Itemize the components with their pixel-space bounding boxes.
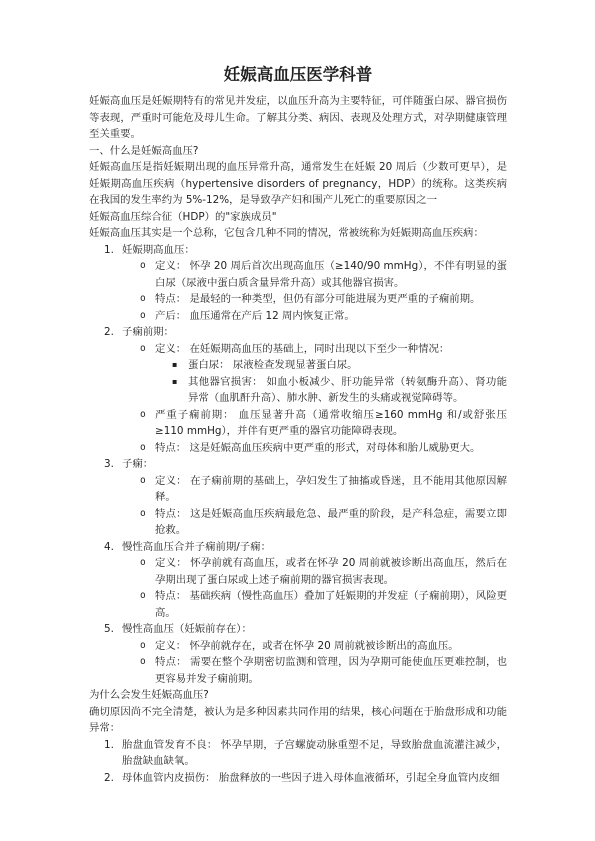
sub-bullet: o [140, 638, 155, 655]
document-title: 妊娠高血压医学科普 [89, 64, 507, 86]
list-item-text: 胎盘血管发育不良： 怀孕早期，子宫螺旋动脉重塑不足，导致胎盘血流灌注减少，胎盘缺… [122, 737, 507, 770]
paragraph: 妊娠高血压综合征（HDP）的"家族成员" [89, 209, 507, 226]
sub-item-text: 产后： 血压通常在产后 12 周内恢复正常。 [155, 308, 507, 325]
sub-item-text: 定义： 怀孕前就存在，或者在怀孕 20 周前就被诊断出的高血压。 [155, 638, 507, 655]
paragraph: 确切原因尚不完全清楚，被认为是多种因素共同作用的结果，核心问题在于胎盘形成和功能… [89, 704, 507, 737]
sub-sub-list-item: ▪ 蛋白尿： 尿液检查发现显著蛋白尿。 [89, 357, 507, 374]
list-item: 3. 子痫： [89, 456, 507, 473]
list-item-text: 慢性高血压合并子痫前期/子痫： [122, 539, 507, 556]
list-item: 2. 子痫前期： [89, 324, 507, 341]
list-item: 4. 慢性高血压合并子痫前期/子痫： [89, 539, 507, 556]
sub-item-text: 定义： 在子痫前期的基础上，孕妇发生了抽搐或昏迷，且不能用其他原因解释。 [155, 473, 507, 506]
section-heading: 为什么会发生妊娠高血压? [89, 687, 507, 704]
sub-list-item: o 特点： 是最轻的一种类型，但仍有部分可能进展为更严重的子痫前期。 [89, 291, 507, 308]
sub-bullet: o [140, 291, 155, 308]
intro-paragraph: 妊娠高血压是妊娠期特有的常见并发症，以血压升高为主要特征，可伴随蛋白尿、器官损伤… [89, 93, 507, 143]
list-item: 1. 妊娠期高血压： [89, 242, 507, 259]
sub-list-item: o 特点： 这是妊娠高血压疾病中更严重的形式，对母体和胎儿威胁更大。 [89, 440, 507, 457]
sub-bullet: o [140, 341, 155, 358]
list-number: 2. [104, 770, 122, 787]
list-item-text: 慢性高血压（妊娠前存在）： [122, 621, 507, 638]
sub-list-item: o 特点： 基础疾病（慢性高血压）叠加了妊娠期的并发症（子痫前期），风险更高。 [89, 588, 507, 621]
sub-list-item: o 特点： 需要在整个孕期密切监测和管理，因为孕期可能使血压更难控制，也更容易并… [89, 654, 507, 687]
sub-bullet: o [140, 440, 155, 457]
list-number: 3. [104, 456, 122, 473]
sub-item-text: 特点： 这是妊娠高血压疾病最危急、最严重的阶段，是产科急症，需要立即抢救。 [155, 506, 507, 539]
list-number: 1. [104, 737, 122, 770]
sub-list-item: o 定义： 怀孕 20 周后首次出现高血压（≥140/90 mmHg），不伴有明… [89, 258, 507, 291]
sub-item-text: 特点： 这是妊娠高血压疾病中更严重的形式，对母体和胎儿威胁更大。 [155, 440, 507, 457]
sub-list-item: o 严重子痫前期： 血压显著升高（通常收缩压≥160 mmHg 和/或舒张压≥1… [89, 407, 507, 440]
sub-list-item: o 定义： 在妊娠期高血压的基础上，同时出现以下至少一种情况： [89, 341, 507, 358]
sub-sub-list-item: ▪ 其他器官损害： 如血小板减少、肝功能异常（转氨酶升高）、肾功能异常（血肌酐升… [89, 374, 507, 407]
list-item-text: 妊娠期高血压： [122, 242, 507, 259]
list-item: 1. 胎盘血管发育不良： 怀孕早期，子宫螺旋动脉重塑不足，导致胎盘血流灌注减少，… [89, 737, 507, 770]
sub-bullet: o [140, 473, 155, 506]
sub-list-item: o 特点： 这是妊娠高血压疾病最危急、最严重的阶段，是产科急症，需要立即抢救。 [89, 506, 507, 539]
square-bullet: ▪ [172, 357, 188, 374]
sub-item-text: 定义： 怀孕前就有高血压，或者在怀孕 20 周前就被诊断出高血压，然后在孕期出现… [155, 555, 507, 588]
sub-item-text: 定义： 在妊娠期高血压的基础上，同时出现以下至少一种情况： [155, 341, 507, 358]
sub-item-text: 特点： 基础疾病（慢性高血压）叠加了妊娠期的并发症（子痫前期），风险更高。 [155, 588, 507, 621]
list-number: 4. [104, 539, 122, 556]
list-number: 1. [104, 242, 122, 259]
sub-bullet: o [140, 555, 155, 588]
sub-item-text: 特点： 需要在整个孕期密切监测和管理，因为孕期可能使血压更难控制，也更容易并发子… [155, 654, 507, 687]
sub-sub-item-text: 其他器官损害： 如血小板减少、肝功能异常（转氨酶升高）、肾功能异常（血肌酐升高）… [188, 374, 507, 407]
sub-list-item: o 产后： 血压通常在产后 12 周内恢复正常。 [89, 308, 507, 325]
square-bullet: ▪ [172, 374, 188, 407]
sub-item-text: 特点： 是最轻的一种类型，但仍有部分可能进展为更严重的子痫前期。 [155, 291, 507, 308]
document-page: 妊娠高血压医学科普 妊娠高血压是妊娠期特有的常见并发症，以血压升高为主要特征，可… [0, 0, 595, 841]
sub-item-text: 定义： 怀孕 20 周后首次出现高血压（≥140/90 mmHg），不伴有明显的… [155, 258, 507, 291]
sub-item-text: 严重子痫前期： 血压显著升高（通常收缩压≥160 mmHg 和/或舒张压≥110… [155, 407, 507, 440]
sub-bullet: o [140, 588, 155, 621]
paragraph: 妊娠高血压其实是一个总称，它包含几种不同的情况，常被统称为妊娠期高血压疾病： [89, 225, 507, 242]
paragraph: 妊娠高血压是指妊娠期出现的血压异常升高，通常发生在妊娠 20 周后（少数可更早）… [89, 159, 507, 209]
sub-list-item: o 定义： 怀孕前就有高血压，或者在怀孕 20 周前就被诊断出高血压，然后在孕期… [89, 555, 507, 588]
sub-bullet: o [140, 258, 155, 291]
list-item: 2. 母体血管内皮损伤： 胎盘释放的一些因子进入母体血液循环，引起全身血管内皮细 [89, 770, 507, 787]
sub-bullet: o [140, 308, 155, 325]
sub-list-item: o 定义： 在子痫前期的基础上，孕妇发生了抽搐或昏迷，且不能用其他原因解释。 [89, 473, 507, 506]
list-item: 5. 慢性高血压（妊娠前存在）： [89, 621, 507, 638]
sub-list-item: o 定义： 怀孕前就存在，或者在怀孕 20 周前就被诊断出的高血压。 [89, 638, 507, 655]
list-item-text: 子痫前期： [122, 324, 507, 341]
list-number: 5. [104, 621, 122, 638]
list-item-text: 母体血管内皮损伤： 胎盘释放的一些因子进入母体血液循环，引起全身血管内皮细 [122, 770, 507, 787]
sub-bullet: o [140, 407, 155, 440]
sub-bullet: o [140, 654, 155, 687]
section-heading: 一、什么是妊娠高血压? [89, 143, 507, 160]
sub-bullet: o [140, 506, 155, 539]
list-number: 2. [104, 324, 122, 341]
sub-sub-item-text: 蛋白尿： 尿液检查发现显著蛋白尿。 [188, 357, 507, 374]
list-item-text: 子痫： [122, 456, 507, 473]
